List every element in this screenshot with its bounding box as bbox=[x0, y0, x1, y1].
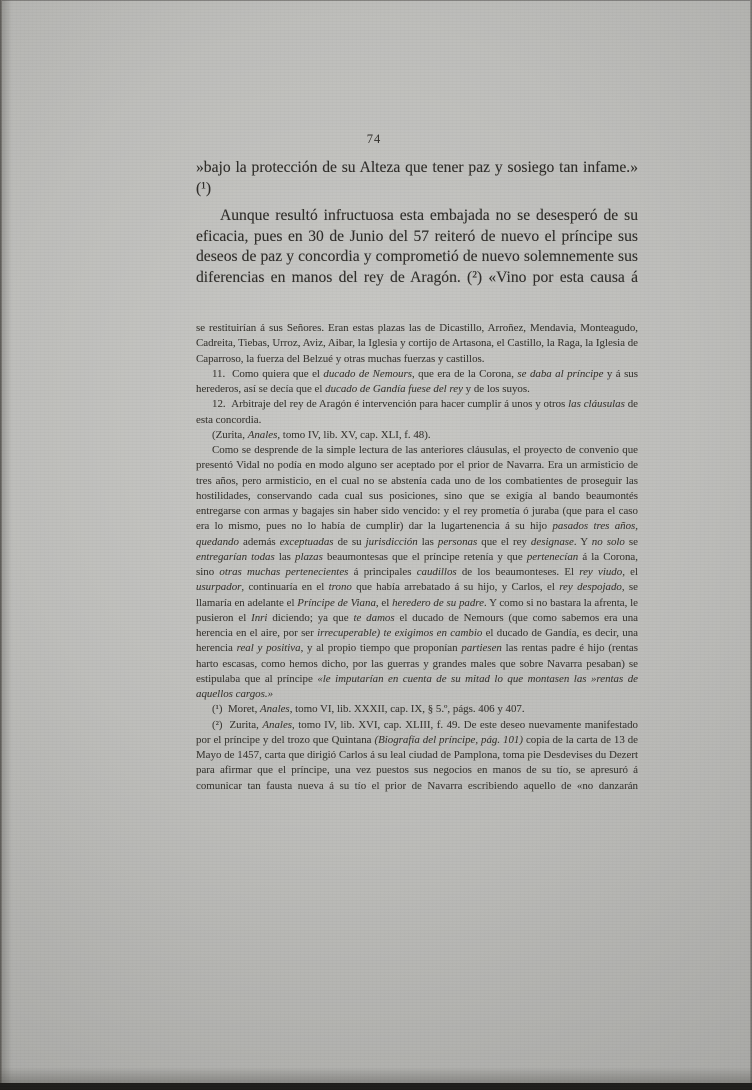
italic-text-run: te damos bbox=[353, 612, 394, 624]
italic-text-run: usurpador bbox=[196, 581, 241, 593]
italic-text-run: partiesen bbox=[461, 642, 502, 654]
italic-text-run: se daba al príncipe bbox=[517, 368, 603, 380]
text-run: diciendo; ya que bbox=[267, 612, 353, 624]
italic-text-run: (Biografía del príncipe, pág. 101) bbox=[374, 734, 523, 746]
text-run: , tomo VI, lib. XXXII, cap. IX, § 5.º, p… bbox=[290, 703, 525, 715]
text-run: »bajo la protección de su Alteza que ten… bbox=[196, 159, 638, 197]
text-run: (¹) Moret, bbox=[212, 703, 260, 715]
italic-text-run: rey viudo bbox=[579, 566, 622, 578]
italic-text-run: Príncipe de Viana bbox=[297, 597, 376, 609]
paragraph: 12. Arbitraje del rey de Aragón é interv… bbox=[196, 397, 638, 428]
paragraph: (Zurita, Anales, tomo IV, lib. XV, cap. … bbox=[196, 428, 638, 443]
text-run: Como se desprende de la simple lectura d… bbox=[196, 444, 638, 532]
text-run: , tomo IV, lib. XV, cap. XLI, f. 48). bbox=[277, 429, 430, 441]
italic-text-run: plazas bbox=[295, 551, 323, 563]
italic-text-run: entregarían todas bbox=[196, 551, 275, 563]
italic-text-run: ducado de Nemours bbox=[323, 368, 412, 380]
text-run: se bbox=[625, 536, 638, 548]
text-run: , el bbox=[622, 566, 638, 578]
text-run: (²) Zurita, bbox=[212, 719, 262, 731]
italic-text-run: trono bbox=[329, 581, 352, 593]
italic-text-run: Anales bbox=[248, 429, 278, 441]
scanned-book-page: 74 »bajo la protección de su Alteza que … bbox=[0, 0, 752, 1090]
paragraph: se restituirían á sus Señores. Eran esta… bbox=[196, 321, 638, 367]
page-edge-bottom bbox=[0, 1083, 752, 1090]
italic-text-run: no solo bbox=[592, 536, 625, 548]
page-edge-left-shadow bbox=[2, 0, 12, 1090]
footnote-section: se restituirían á sus Señores. Eran esta… bbox=[196, 321, 638, 794]
text-run: 11. Como quiera que el bbox=[212, 368, 323, 380]
italic-text-run: rey despojado bbox=[559, 581, 622, 593]
text-run: . Y bbox=[574, 536, 592, 548]
page-number: 74 bbox=[196, 132, 552, 147]
text-run: (Zurita, bbox=[212, 429, 248, 441]
text-run: á principales bbox=[348, 566, 416, 578]
text-run: beaumontesas que el príncipe retenía y q… bbox=[323, 551, 527, 563]
italic-text-run: pertenecían bbox=[527, 551, 578, 563]
paragraph: »bajo la protección de su Alteza que ten… bbox=[196, 158, 638, 199]
italic-text-run: otras muchas pertenecientes bbox=[219, 566, 348, 578]
text-run: las bbox=[275, 551, 295, 563]
main-text-block: »bajo la protección de su Alteza que ten… bbox=[196, 158, 638, 289]
text-run: , continuaría en el bbox=[241, 581, 328, 593]
text-run: , que era de la Corona, bbox=[412, 368, 517, 380]
italic-text-run: real y positiva bbox=[237, 642, 301, 654]
italic-text-run: caudillos bbox=[417, 566, 457, 578]
paragraph: Aunque resultó infructuosa esta embajada… bbox=[196, 206, 638, 288]
text-run: Aunque resultó infructuosa esta embajada… bbox=[196, 207, 638, 286]
text-run: que el rey bbox=[477, 536, 531, 548]
italic-text-run: jurisdicción bbox=[366, 536, 418, 548]
text-run: de los beaumonteses. El bbox=[457, 566, 580, 578]
italic-text-run: las cláusulas bbox=[568, 398, 625, 410]
text-run: además bbox=[239, 536, 280, 548]
italic-text-run: personas bbox=[438, 536, 477, 548]
paragraph: 11. Como quiera que el ducado de Nemours… bbox=[196, 367, 638, 398]
italic-text-run: Inri bbox=[251, 612, 267, 624]
text-run: y de los suyos. bbox=[463, 383, 530, 395]
text-run: , y al propio tiempo que proponían bbox=[301, 642, 462, 654]
italic-text-run: designase bbox=[531, 536, 574, 548]
italic-text-run: Anales bbox=[260, 703, 290, 715]
page-edge-top bbox=[0, 0, 752, 1]
text-run: las bbox=[418, 536, 438, 548]
text-run: que había arrebatado á su hijo, y Carlos… bbox=[352, 581, 559, 593]
italic-text-run: exceptuadas bbox=[280, 536, 334, 548]
italic-text-run: ducado de Gandía fuese del rey bbox=[325, 383, 463, 395]
text-run: 12. Arbitraje del rey de Aragón é interv… bbox=[212, 398, 568, 410]
paragraph: Como se desprende de la simple lectura d… bbox=[196, 443, 638, 702]
page-edge-bottom-shadow bbox=[0, 1067, 752, 1083]
italic-text-run: heredero de su padre bbox=[392, 597, 484, 609]
text-run: de su bbox=[334, 536, 366, 548]
text-run: , el bbox=[376, 597, 392, 609]
italic-text-run: Anales bbox=[262, 719, 292, 731]
paragraph: (¹) Moret, Anales, tomo VI, lib. XXXII, … bbox=[196, 702, 638, 717]
italic-text-run: irrecuperable) te exigimos en cambio bbox=[317, 627, 482, 639]
text-run: se restituirían á sus Señores. Eran esta… bbox=[196, 322, 638, 365]
paragraph: (²) Zurita, Anales, tomo IV, lib. XVI, c… bbox=[196, 718, 638, 794]
